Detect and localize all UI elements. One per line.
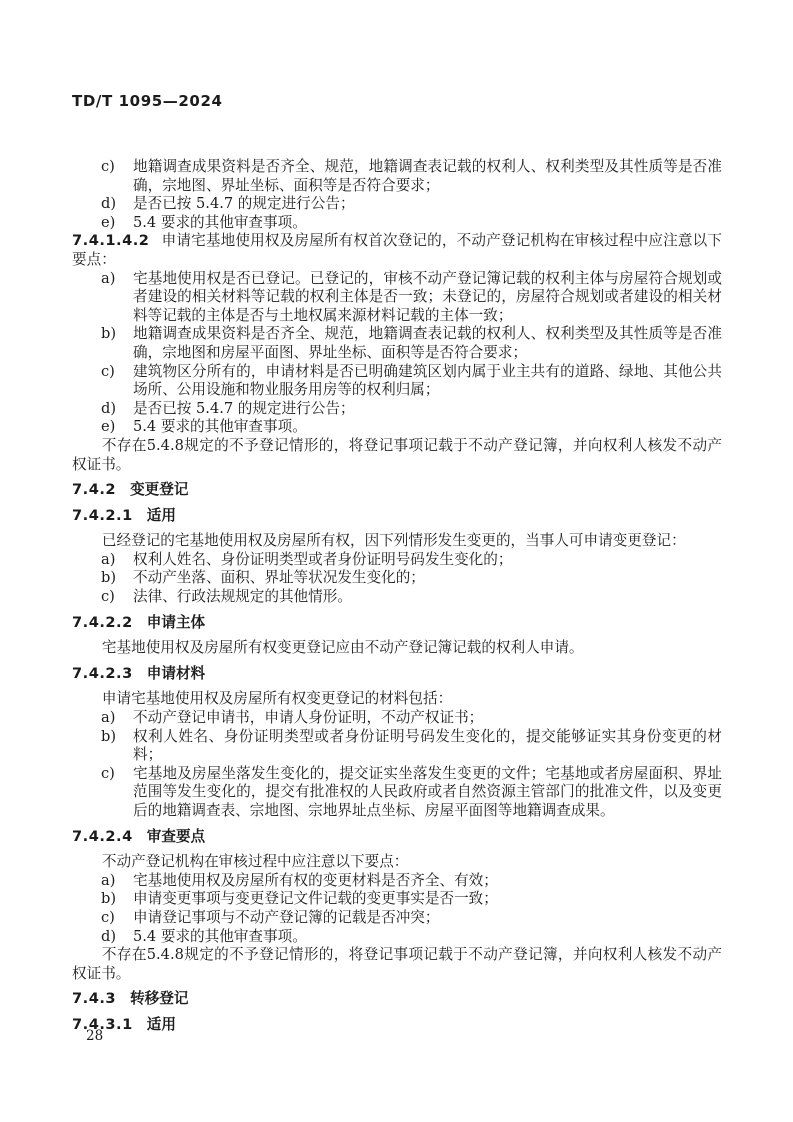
list-marker: e)	[101, 214, 115, 233]
heading-number: 7.4.2.2	[72, 614, 133, 631]
list-text: 法律、行政法规规定的其他情形。	[133, 588, 352, 605]
list-item: a)权利人姓名、身份证明类型或者身份证明号码发生变化的；	[72, 551, 722, 570]
list-item: b)申请变更事项与变更登记文件记载的变更事实是否一致；	[72, 890, 722, 909]
list-marker: d)	[101, 195, 116, 214]
clause-number: 7.4.1.4.2	[72, 232, 149, 249]
heading-title: 适用	[147, 1016, 176, 1033]
section-heading: 7.4.2.2申请主体	[72, 614, 722, 633]
clause-text: 申请宅基地使用权及房屋所有权首次登记的，不动产登记机构在审核过程中应注意以下要点…	[72, 232, 722, 268]
section-heading: 7.4.3转移登记	[72, 990, 722, 1009]
list-item: c)建筑物区分所有的，申请材料是否已明确建筑区划内属于业主共有的道路、绿地、其他…	[72, 363, 722, 400]
list-item: b)权利人姓名、身份证明类型或者身份证明号码发生变化的，提交能够证实其身份变更的…	[72, 728, 722, 765]
heading-title: 变更登记	[130, 481, 188, 498]
paragraph: 申请宅基地使用权及房屋所有权变更登记的材料包括：	[72, 690, 722, 709]
list-item: c)宅基地及房屋坐落发生变化的，提交证实坐落发生变更的文件；宅基地或者房屋面积、…	[72, 765, 722, 821]
list-marker: b)	[101, 325, 116, 344]
list-marker: a)	[101, 551, 115, 570]
list-marker: a)	[101, 709, 115, 728]
heading-number: 7.4.2	[72, 481, 116, 498]
list-marker: a)	[101, 270, 115, 289]
list-marker: b)	[101, 728, 116, 747]
list-text: 5.4 要求的其他审查事项。	[133, 418, 307, 435]
list-marker: d)	[101, 400, 116, 419]
list-marker: c)	[101, 909, 115, 928]
section-heading: 7.4.2.1适用	[72, 507, 722, 526]
document-page: TD/T 1095—2024 c)地籍调查成果资料是否齐全、规范，地籍调查表记载…	[0, 0, 793, 1122]
paragraph: 已经登记的宅基地使用权及房屋所有权，因下列情形发生变更的，当事人可申请变更登记：	[72, 532, 722, 551]
list-text: 5.4 要求的其他审查事项。	[133, 214, 307, 231]
document-code: TD/T 1095—2024	[72, 92, 223, 110]
section-heading: 7.4.2变更登记	[72, 481, 722, 500]
document-body: c)地籍调查成果资料是否齐全、规范，地籍调查表记载的权利人、权利类型及其性质等是…	[72, 158, 722, 1042]
list-item: a)宅基地使用权是否已登记。已登记的，审核不动产登记簿记载的权利主体与房屋符合规…	[72, 270, 722, 326]
section-heading: 7.4.2.4审查要点	[72, 828, 722, 847]
list-text: 地籍调查成果资料是否齐全、规范，地籍调查表记载的权利人、权利类型及其性质等是否准…	[133, 325, 722, 361]
heading-title: 申请材料	[147, 665, 205, 682]
heading-title: 申请主体	[147, 614, 205, 631]
heading-title: 转移登记	[130, 990, 188, 1007]
list-text: 建筑物区分所有的，申请材料是否已明确建筑区划内属于业主共有的道路、绿地、其他公共…	[133, 363, 722, 399]
list-text: 宅基地使用权是否已登记。已登记的，审核不动产登记簿记载的权利主体与房屋符合规划或…	[133, 270, 722, 324]
list-item: d)是否已按 5.4.7 的规定进行公告；	[72, 195, 722, 214]
list-text: 申请登记事项与不动产登记簿的记载是否冲突；	[133, 909, 439, 926]
list-text: 不动产登记申请书，申请人身份证明，不动产权证书；	[133, 709, 483, 726]
list-marker: c)	[101, 588, 115, 607]
section-heading: 7.4.2.3申请材料	[72, 665, 722, 684]
list-text: 权利人姓名、身份证明类型或者身份证明号码发生变化的；	[133, 551, 512, 568]
list-text: 申请变更事项与变更登记文件记载的变更事实是否一致；	[133, 890, 498, 907]
list-item: e)5.4 要求的其他审查事项。	[72, 418, 722, 437]
list-item: c)地籍调查成果资料是否齐全、规范，地籍调查表记载的权利人、权利类型及其性质等是…	[72, 158, 722, 195]
list-item: a)宅基地使用权及房屋所有权的变更材料是否齐全、有效；	[72, 872, 722, 891]
list-item: e)5.4 要求的其他审查事项。	[72, 214, 722, 233]
list-text: 5.4 要求的其他审查事项。	[133, 928, 307, 945]
heading-number: 7.4.2.1	[72, 507, 133, 524]
list-text: 权利人姓名、身份证明类型或者身份证明号码发生变化的，提交能够证实其身份变更的材料…	[133, 728, 722, 764]
list-marker: e)	[101, 418, 115, 437]
section-heading: 7.4.3.1适用	[72, 1016, 722, 1035]
list-marker: d)	[101, 928, 116, 947]
list-item: b)不动产坐落、面积、界址等状况发生变化的；	[72, 569, 722, 588]
heading-title: 适用	[147, 507, 176, 524]
page-number: 28	[86, 1028, 103, 1044]
list-text: 地籍调查成果资料是否齐全、规范，地籍调查表记载的权利人、权利类型及其性质等是否准…	[133, 158, 722, 194]
list-marker: b)	[101, 890, 116, 909]
list-text: 宅基地使用权及房屋所有权的变更材料是否齐全、有效；	[133, 872, 498, 889]
list-marker: c)	[101, 158, 115, 177]
heading-number: 7.4.3	[72, 990, 116, 1007]
list-item: b)地籍调查成果资料是否齐全、规范，地籍调查表记载的权利人、权利类型及其性质等是…	[72, 325, 722, 362]
heading-title: 审查要点	[147, 828, 205, 845]
list-marker: a)	[101, 872, 115, 891]
list-marker: b)	[101, 569, 116, 588]
list-text: 是否已按 5.4.7 的规定进行公告；	[133, 195, 355, 212]
list-item: d)5.4 要求的其他审查事项。	[72, 928, 722, 947]
list-item: d)是否已按 5.4.7 的规定进行公告；	[72, 400, 722, 419]
list-text: 宅基地及房屋坐落发生变化的，提交证实坐落发生变更的文件；宅基地或者房屋面积、界址…	[133, 765, 722, 819]
list-text: 不动产坐落、面积、界址等状况发生变化的；	[133, 569, 425, 586]
paragraph: 宅基地使用权及房屋所有权变更登记应由不动产登记簿记载的权利人申请。	[72, 639, 722, 658]
list-text: 是否已按 5.4.7 的规定进行公告；	[133, 400, 355, 417]
paragraph: 不存在5.4.8规定的不予登记情形的，将登记事项记载于不动产登记簿，并向权利人核…	[72, 946, 722, 983]
paragraph: 不动产登记机构在审核过程中应注意以下要点：	[72, 853, 722, 872]
clause-paragraph: 7.4.1.4.2申请宅基地使用权及房屋所有权首次登记的，不动产登记机构在审核过…	[72, 232, 722, 269]
list-item: a)不动产登记申请书，申请人身份证明，不动产权证书；	[72, 709, 722, 728]
paragraph: 不存在5.4.8规定的不予登记情形的，将登记事项记载于不动产登记簿，并向权利人核…	[72, 437, 722, 474]
list-item: c)法律、行政法规规定的其他情形。	[72, 588, 722, 607]
list-marker: c)	[101, 765, 115, 784]
list-item: c)申请登记事项与不动产登记簿的记载是否冲突；	[72, 909, 722, 928]
list-marker: c)	[101, 363, 115, 382]
heading-number: 7.4.2.4	[72, 828, 133, 845]
heading-number: 7.4.2.3	[72, 665, 133, 682]
